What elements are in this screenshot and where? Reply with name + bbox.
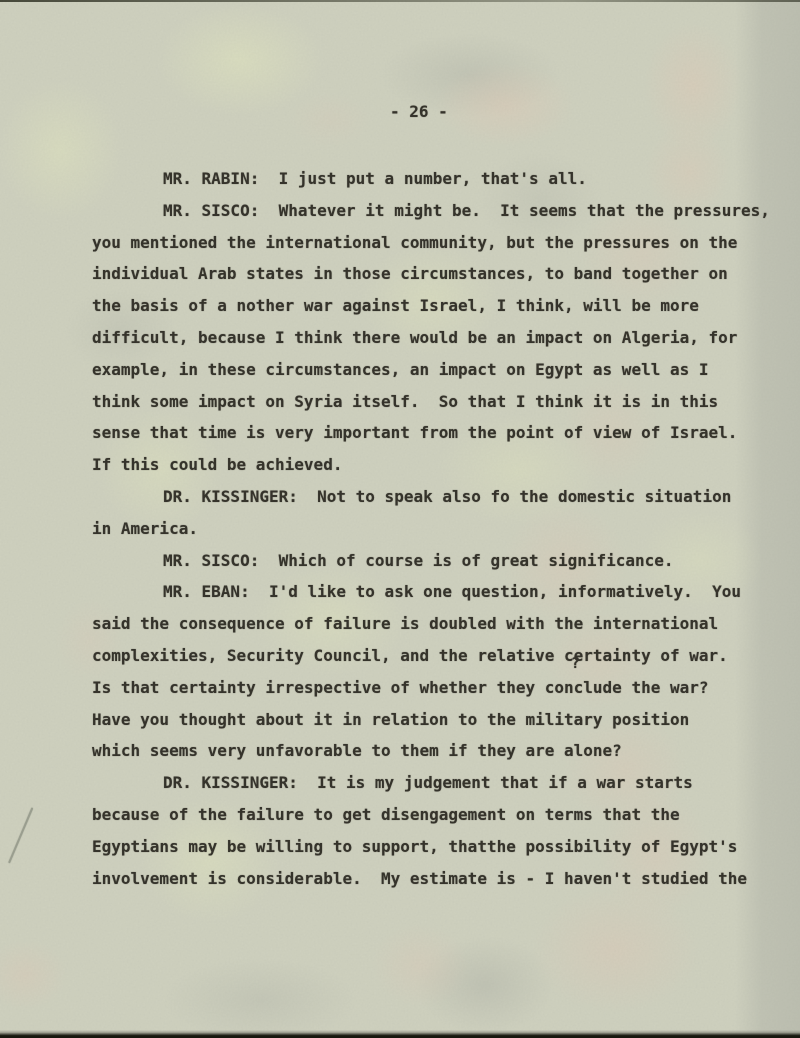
scan-top-edge <box>0 0 800 2</box>
document-line: individual Arab states in those circumst… <box>92 258 782 290</box>
document-line: MR. RABIN: I just put a number, that's a… <box>92 163 782 195</box>
document-line: MR. EBAN: I'd like to ask one question, … <box>92 576 782 608</box>
document-line: complexities, Security Council, and the … <box>92 640 782 672</box>
document-line: Have you thought about it in relation to… <box>92 704 782 736</box>
document-line: DR. KISSINGER: Not to speak also fo the … <box>92 481 782 513</box>
document-line: DR. KISSINGER: It is my judgement that i… <box>92 767 782 799</box>
scan-bottom-edge <box>0 1030 800 1038</box>
scanned-document-page: - 26 - MR. RABIN: I just put a number, t… <box>0 0 800 1038</box>
document-line: you mentioned the international communit… <box>92 227 782 259</box>
document-line: example, in these circumstances, an impa… <box>92 354 782 386</box>
document-body: MR. RABIN: I just put a number, that's a… <box>92 163 782 894</box>
typed-insertion-question-mark: ? <box>571 653 580 673</box>
document-line: which seems very unfavorable to them if … <box>92 735 782 767</box>
document-line: MR. SISCO: Whatever it might be. It seem… <box>92 195 782 227</box>
document-line: difficult, because I think there would b… <box>92 322 782 354</box>
document-line: sense that time is very important from t… <box>92 417 782 449</box>
page-number: - 26 - <box>390 99 448 125</box>
document-line: in America. <box>92 513 782 545</box>
document-line: said the consequence of failure is doubl… <box>92 608 782 640</box>
document-line: Egyptians may be willing to support, tha… <box>92 831 782 863</box>
document-line: because of the failure to get disengagem… <box>92 799 782 831</box>
document-line: MR. SISCO: Which of course is of great s… <box>92 545 782 577</box>
document-line: If this could be achieved. <box>92 449 782 481</box>
document-line: think some impact on Syria itself. So th… <box>92 386 782 418</box>
pencil-slash-mark <box>8 807 33 863</box>
document-line: involvement is considerable. My estimate… <box>92 863 782 895</box>
document-line: the basis of a nother war against Israel… <box>92 290 782 322</box>
document-line: Is that certainty irrespective of whethe… <box>92 672 782 704</box>
